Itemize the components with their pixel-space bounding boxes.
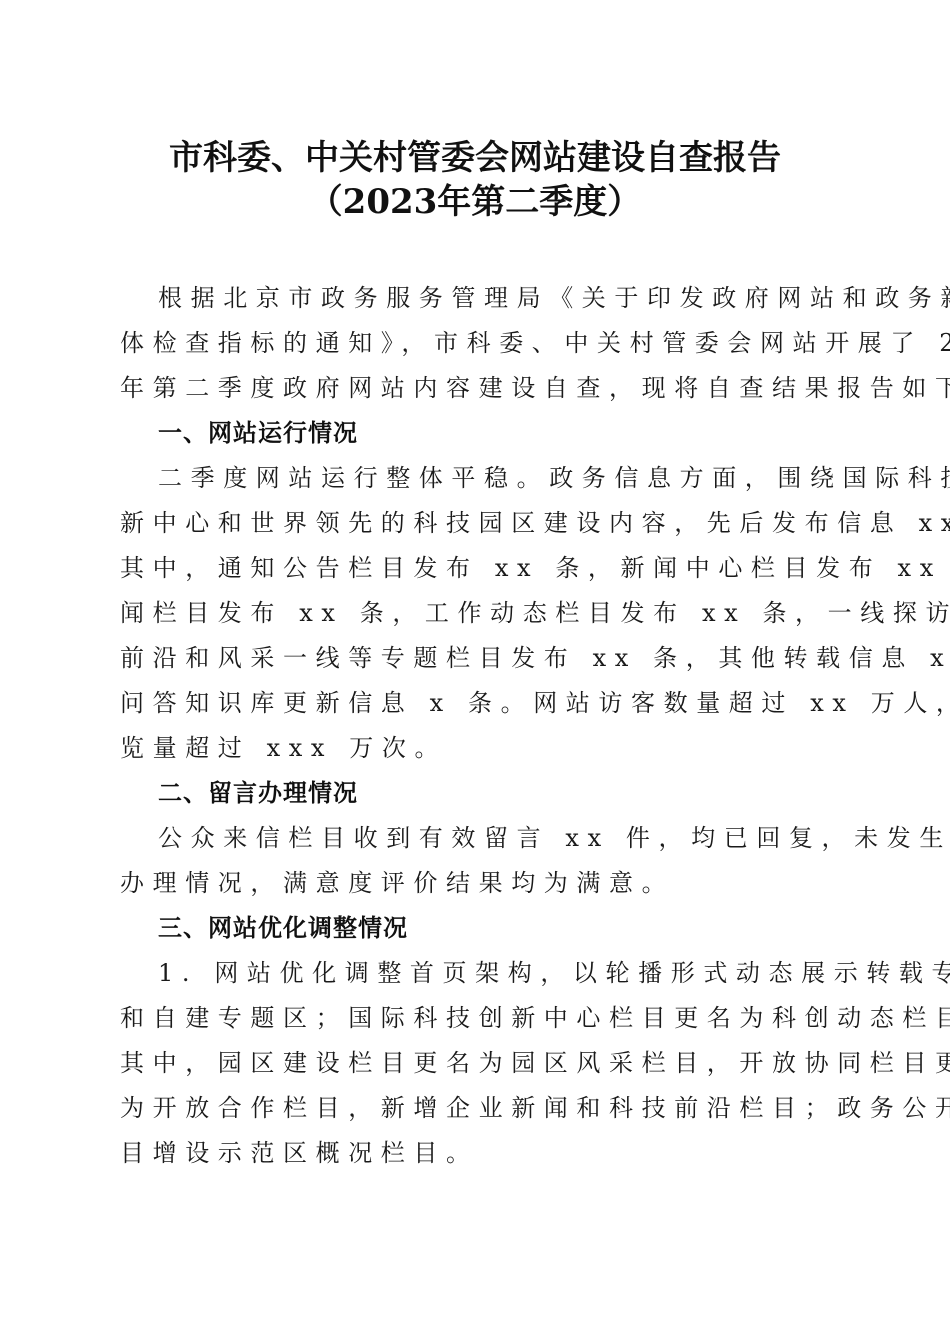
text-line: 年第二季度政府网站内容建设自查，现将自查结果报告如下。 <box>120 366 824 411</box>
section-heading-3: 三、网站优化调整情况 <box>120 906 824 951</box>
title-line-1: 市科委、中关村管委会网站建设自查报告 <box>0 136 950 180</box>
text-line: 和自建专题区；国际科技创新中心栏目更名为科创动态栏目， <box>120 996 824 1041</box>
text-line: 根据北京市政务服务管理局《关于印发政府网站和政务新媒 <box>120 276 824 321</box>
document-page: 市科委、中关村管委会网站建设自查报告 （2023年第二季度） 根据北京市政务服务… <box>0 0 950 1344</box>
document-title: 市科委、中关村管委会网站建设自查报告 （2023年第二季度） <box>0 136 950 224</box>
section-heading-1: 一、网站运行情况 <box>120 411 824 456</box>
document-body: 根据北京市政务服务管理局《关于印发政府网站和政务新媒 体检查指标的通知》，市科委… <box>120 276 824 1176</box>
text-line: 闻栏目发布 xx 条，工作动态栏目发布 xx 条，一线探访、科技 <box>120 591 824 636</box>
section-1-paragraph: 二季度网站运行整体平稳。政务信息方面，围绕国际科技创 新中心和世界领先的科技园区… <box>120 456 824 771</box>
text-line: 公众来信栏目收到有效留言 xx 件，均已回复，未发生超期 <box>120 816 824 861</box>
text-line: 其中，园区建设栏目更名为园区风采栏目，开放协同栏目更名 <box>120 1041 824 1086</box>
text-line: 办理情况，满意度评价结果均为满意。 <box>120 861 824 906</box>
section-2-paragraph: 公众来信栏目收到有效留言 xx 件，均已回复，未发生超期 办理情况，满意度评价结… <box>120 816 824 906</box>
title-line-2: （2023年第二季度） <box>0 180 950 224</box>
section-heading-2: 二、留言办理情况 <box>120 771 824 816</box>
text-line: 其中，通知公告栏目发布 xx 条，新闻中心栏目发布 xx 条，要 <box>120 546 824 591</box>
text-line: 览量超过 xxx 万次。 <box>120 726 824 771</box>
text-line: 二季度网站运行整体平稳。政务信息方面，围绕国际科技创 <box>120 456 824 501</box>
text-line: 新中心和世界领先的科技园区建设内容，先后发布信息 xxxx 条 <box>120 501 824 546</box>
text-line: 目增设示范区概况栏目。 <box>120 1131 824 1176</box>
text-line: 问答知识库更新信息 x 条。网站访客数量超过 xx 万人，页面浏 <box>120 681 824 726</box>
text-line: 为开放合作栏目，新增企业新闻和科技前沿栏目；政务公开栏 <box>120 1086 824 1131</box>
intro-paragraph: 根据北京市政务服务管理局《关于印发政府网站和政务新媒 体检查指标的通知》，市科委… <box>120 276 824 411</box>
section-3-paragraph: 1. 网站优化调整首页架构，以轮播形式动态展示转载专题区 和自建专题区；国际科技… <box>120 951 824 1176</box>
text-line: 体检查指标的通知》，市科委、中关村管委会网站开展了 2023 <box>120 321 824 366</box>
text-line: 1. 网站优化调整首页架构，以轮播形式动态展示转载专题区 <box>120 951 824 996</box>
text-line: 前沿和风采一线等专题栏目发布 xx 条，其他转载信息 xxxx 条。 <box>120 636 824 681</box>
